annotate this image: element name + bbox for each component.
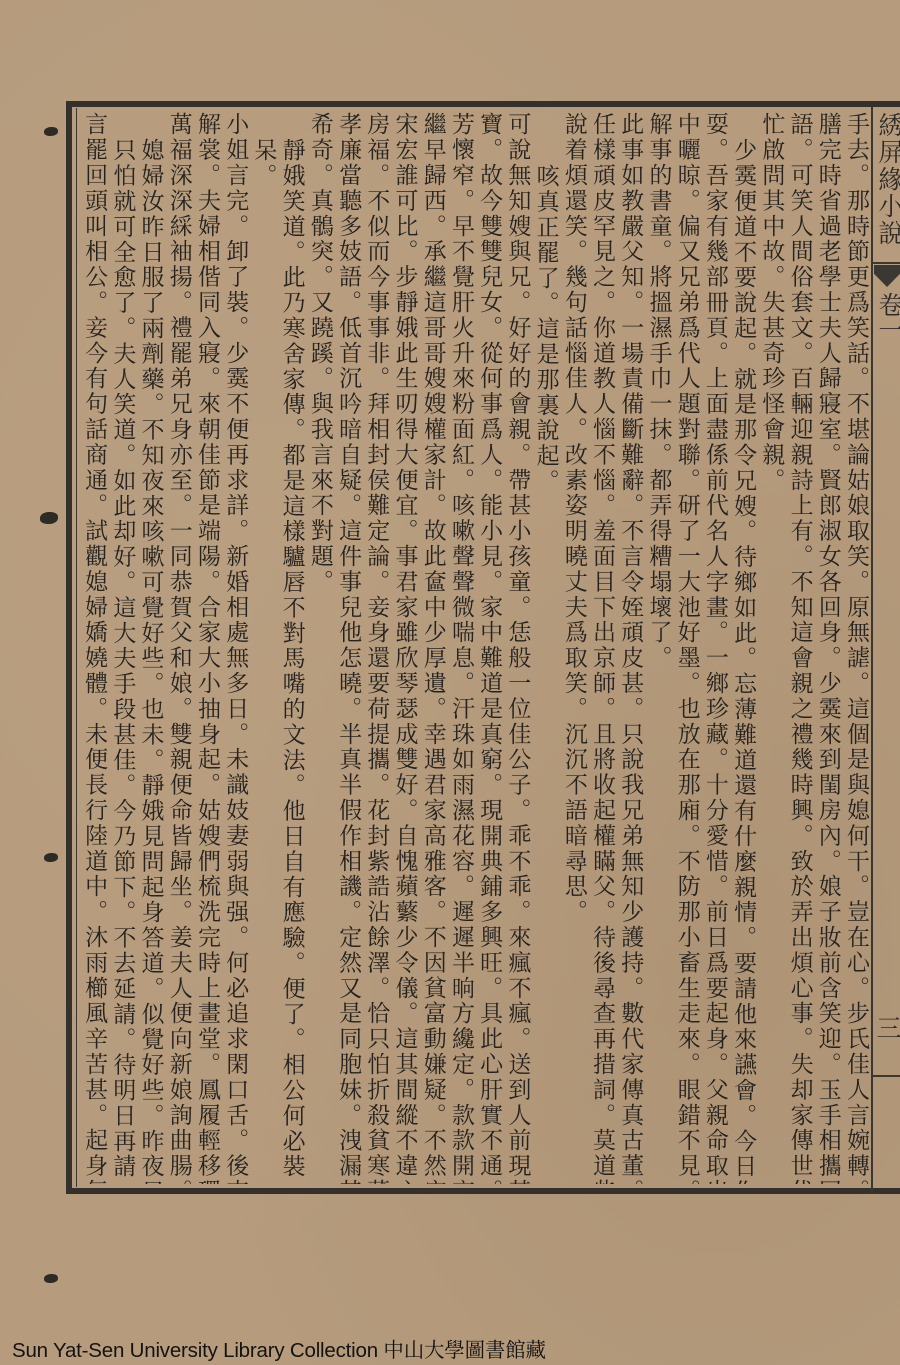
library-watermark: Sun Yat-Sen University Library Collectio…: [12, 1333, 546, 1363]
text-column: 寶。故今雙雙兒女。從何事爲人。能小見。家中難道是真窮。現開典鋪多興旺。具此心肝實…: [475, 112, 503, 1184]
binding-hole: [44, 127, 58, 136]
text-column: 中曬晾。偏又兄弟爲代人題對聯。研了一大池好墨。也放在那廂。不防那小畜生走來。眼錯…: [672, 112, 700, 1184]
banxin-page-number: 三: [872, 1015, 900, 1040]
text-column: 膳完時省過老學士夫人歸寢室。賢郎淑女各回身。少霙來到閨房內。娘子妝前含笑迎。玉手…: [814, 112, 842, 1184]
text-column: 忙啟問其中故。失甚奇珍怪會親。: [757, 112, 785, 1184]
text-column: 言罷回頭叫相公。妾今有句話商通。試觀媳婦嬌嬈體。未便長行陸道中。沐雨櫛風辛苦甚。…: [80, 112, 108, 1184]
text-column: 小姐言完。卸了裝。少霙不便再求詳。新婚相處無多日。未識妓妻弱與强。何必追求閑口舌…: [221, 112, 249, 1184]
text-column: 語。可笑人間俗套文。百輛迎親詩上有。不知這會親之禮幾時興。致於弄出煩心事。失却家…: [785, 112, 813, 1184]
binding-hole: [44, 853, 58, 862]
text-column: 孝廉當聽多妓語。低首沉吟暗自疑。這件事兒他怎曉。半真半假作相譏。定然又是同胞妹。…: [334, 112, 362, 1184]
text-column: 說着煩還笑。幾句話惱佳人。改素姿明曉丈夫爲取笑。沉沉不語暗尋思。: [560, 112, 588, 1184]
binding-hole: [44, 1274, 58, 1283]
text-column: 解事的書童。將搵濕手巾一抹。都弄得糟塌壞了。: [644, 112, 672, 1184]
text-columns: 手去。那時節更爲笑話。不堪論姑娘取笑。原無謔。這個是與媳何干。豈在心。步氏佳人言…: [80, 112, 870, 1184]
banxin-rule: [873, 1075, 900, 1077]
banxin-rule: [873, 262, 900, 264]
text-column: 只怕就可全愈了。夫人笑道。如此却好。這大夫手段甚佳。今乃節下。不去延請。待明日再…: [108, 112, 136, 1184]
banxin-volume: 卷一: [874, 292, 900, 342]
text-column: 手去。那時節更爲笑話。不堪論姑娘取笑。原無謔。這個是與媳何干。豈在心。步氏佳人言…: [842, 112, 870, 1184]
text-column: 媳婦汝昨日服了兩劑藥。不知夜來咳嗽可覺好些。也未。靜娥見問起身答道。似覺好些。昨…: [136, 112, 164, 1184]
text-column: 此事如教嚴父知。一場責備斷難辭。不言令姪頑皮甚。只說我兄弟無知少護持。數代家傳真…: [616, 112, 644, 1184]
banxin-book-title: 綉屏緣小說: [874, 112, 900, 247]
text-column: 房福。不似而今事事非。拜相封侯難定論。妾身還要荷提攜。花封紫誥沾餘澤。恰只怕折殺…: [362, 112, 390, 1184]
binding-hole: [40, 512, 58, 524]
text-column: 萬福深深綵袖揚。禮罷弟兄身亦至。一同恭賀父和娘。雙親便命皆歸坐。姜夫人便向新娘詢…: [165, 112, 193, 1184]
text-column: 可說無知嫂與兄。好好的會親。帶甚小孩童。恁般一位佳公子。乖不乖。來瘋不瘋。送到人…: [503, 112, 531, 1184]
text-column: 芳懷窄。早不覺肝火升來粉面紅。咳嗽聲聲微喘息。汗珠如雨濕花容。遲遲半晌方纔定。款…: [447, 112, 475, 1184]
text-column: 希奇。真鶻突。又蹺蹊。與我言來不對題。: [306, 112, 334, 1184]
text-column: 任樣頑皮罕見之。你道教人惱不惱。羞面目下出京師。且將收起權瞞父。待後尋查再措詞。…: [588, 112, 616, 1184]
text-column: 靜娥笑道。此乃寒舍家傳。都是這樣驢唇不對馬嘴的文法。他日自有應驗。便了。相公何必…: [277, 112, 305, 1184]
text-column: 宋宏誰可比。步靜娥此生叨得大便宜。事君家雖欣琴瑟成雙好。自愧蘋蘩少令儀。這其間縱…: [390, 112, 418, 1184]
text-column: 呆。: [249, 112, 277, 1184]
text-column: 耍。吾家有幾部冊頁。上面盡係前代名人字畫。一鄉珍藏。十分愛惜。前日爲要起身。父親…: [701, 112, 729, 1184]
text-column: 咳真正罷了。這是那裏說起。: [531, 112, 559, 1184]
text-column: 繼早歸西。承繼這哥哥嫂嫂權家計。故此奩中少厚遺。幸遇君家高雅客。不因貧富動嫌疑。…: [419, 112, 447, 1184]
text-column: 解裳。夫婦相偕同入寢。來朝佳節是端陽。合家大小抽身起。姑嫂們梳洗完時上畫堂。鳳履…: [193, 112, 221, 1184]
text-column: 少霙便道不要說起。就是那令兄嫂。待鄉如此。忘薄難道還有什麼親情。要請他來讌會。今…: [729, 112, 757, 1184]
